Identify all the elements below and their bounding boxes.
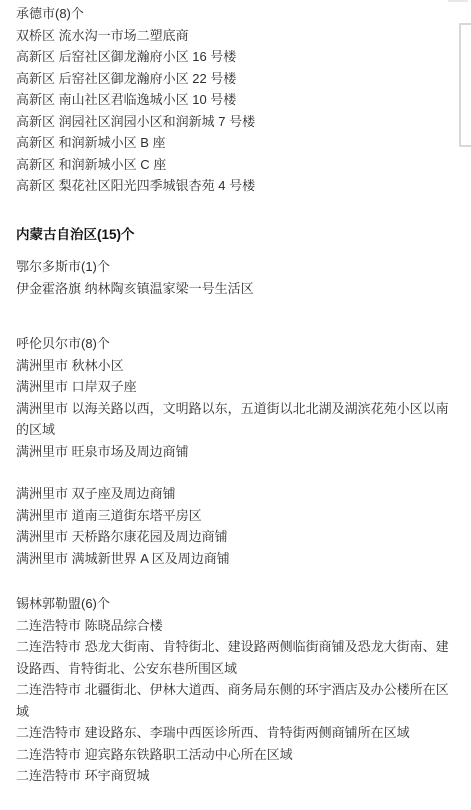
text-line: 高新区 和润新城小区 B 座	[16, 132, 453, 154]
text-line: 二连浩特市 陈晓品综合楼	[16, 615, 453, 637]
text-line: 承德市(8)个	[16, 3, 453, 25]
text-line: 二连浩特市 建设路东、李瑞中西医诊所西、肯特街两侧商铺所在区域	[16, 722, 453, 744]
text-line: 二连浩特市 环宇商贸城	[16, 765, 453, 787]
text-line: 呼伦贝尔市(8)个	[16, 333, 453, 355]
text-line: 高新区 后窑社区御龙瀚府小区 16 号楼	[16, 46, 453, 68]
text-line: 满洲里市 道南三道街东塔平房区	[16, 505, 453, 527]
text-block: 承德市(8)个双桥区 流水沟一市场二塑底商高新区 后窑社区御龙瀚府小区 16 号…	[16, 3, 453, 197]
text-block: 锡林郭勒盟(6)个二连浩特市 陈晓品综合楼二连浩特市 恐龙大街南、肯特街北、建设…	[16, 593, 453, 787]
risk-area-list: 承德市(8)个双桥区 流水沟一市场二塑底商高新区 后窑社区御龙瀚府小区 16 号…	[0, 0, 471, 787]
text-line: 高新区 梨花社区阳光四季城银杏苑 4 号楼	[16, 175, 453, 197]
text-line: 满洲里市 秋林小区	[16, 355, 453, 377]
text-line: 高新区 和润新城小区 C 座	[16, 154, 453, 176]
text-line: 双桥区 流水沟一市场二塑底商	[16, 25, 453, 47]
text-block: 满洲里市 双子座及周边商铺满洲里市 道南三道街东塔平房区满洲里市 天桥路尔康花园…	[16, 483, 453, 569]
text-line: 二连浩特市 迎宾路东铁路职工活动中心所在区域	[16, 744, 453, 766]
province-heading-block: 内蒙古自治区(15)个	[16, 224, 453, 246]
text-block: 呼伦贝尔市(8)个满洲里市 秋林小区满洲里市 口岸双子座满洲里市 以海关路以西，…	[16, 333, 453, 462]
text-block: 鄂尔多斯市(1)个伊金霍洛旗 纳林陶亥镇温家梁一号生活区	[16, 256, 453, 299]
text-line: 高新区 南山社区君临逸城小区 10 号楼	[16, 89, 453, 111]
text-line: 二连浩特市 恐龙大街南、肯特街北、建设路两侧临街商铺及恐龙大街南、建设路西、肯特…	[16, 636, 453, 679]
province-heading: 内蒙古自治区(15)个	[16, 224, 453, 246]
text-line: 高新区 润园社区润园小区和润新城 7 号楼	[16, 111, 453, 133]
text-line: 伊金霍洛旗 纳林陶亥镇温家梁一号生活区	[16, 278, 453, 300]
text-line: 满洲里市 满城新世界 A 区及周边商铺	[16, 548, 453, 570]
text-line: 满洲里市 口岸双子座	[16, 376, 453, 398]
text-line: 高新区 后窑社区御龙瀚府小区 22 号楼	[16, 68, 453, 90]
text-line: 满洲里市 天桥路尔康花园及周边商铺	[16, 526, 453, 548]
text-line: 满洲里市 旺泉市场及周边商铺	[16, 441, 453, 463]
text-line: 锡林郭勒盟(6)个	[16, 593, 453, 615]
text-line: 二连浩特市 北疆街北、伊林大道西、商务局东侧的环宇酒店及办公楼所在区域	[16, 679, 453, 722]
top-divider-line	[448, 0, 468, 2]
text-line: 满洲里市 双子座及周边商铺	[16, 483, 453, 505]
text-line: 鄂尔多斯市(1)个	[16, 256, 453, 278]
text-line: 满洲里市 以海关路以西，文明路以东，五道街以北北湖及湖滨花苑小区以南的区域	[16, 398, 453, 441]
clipped-panel	[459, 23, 471, 147]
